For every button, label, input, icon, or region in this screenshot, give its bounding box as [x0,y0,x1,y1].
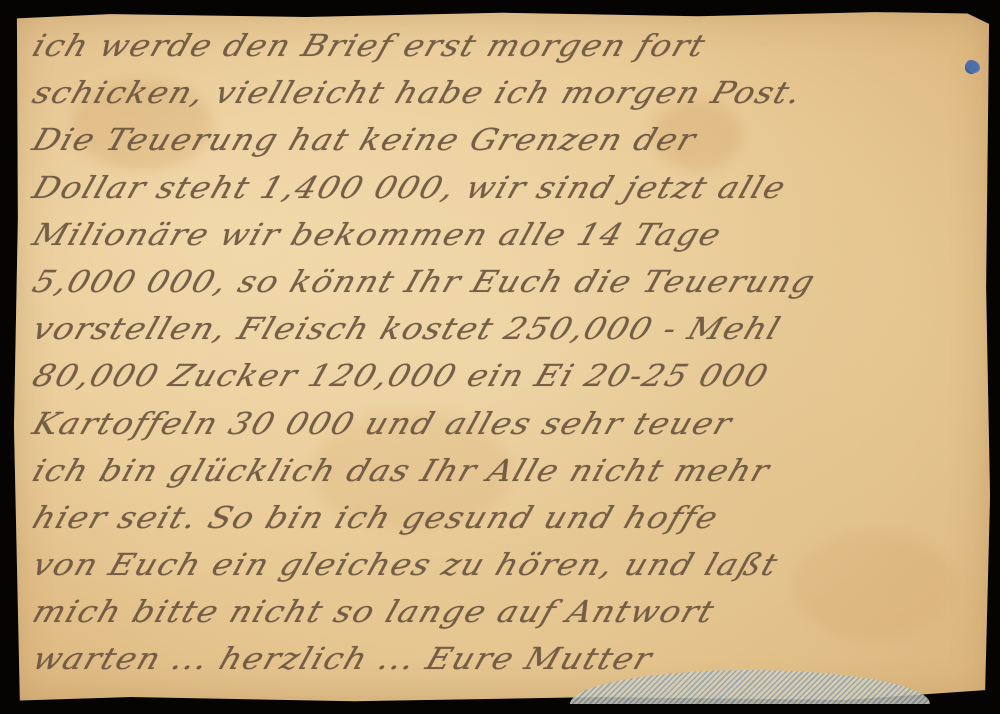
text-line: schicken, vielleicht habe ich morgen Pos… [27,71,991,114]
text-line: mich bitte nicht so lange auf Antwort [27,590,991,633]
text-line: ich bin glücklich das Ihr Alle nicht meh… [27,449,991,492]
text-line: Milionäre wir bekommen alle 14 Tage [27,213,991,256]
text-line: von Euch ein gleiches zu hören, und laßt [27,543,991,586]
text-line: Kartoffeln 30 000 und alles sehr teuer [27,401,991,444]
text-line: 5,000 000, so könnt Ihr Euch die Teuerun… [27,260,991,303]
text-line: Dollar steht 1,400 000, wir sind jetzt a… [27,165,991,208]
text-line: hier seit. So bin ich gesund und hoffe [27,496,991,539]
text-line: warten ... herzlich ... Eure Mutter [27,637,991,680]
scanned-postcard: ich werde den Brief erst morgen fort sch… [0,0,1000,714]
handwritten-text: ich werde den Brief erst morgen fort sch… [34,22,984,683]
text-line: Die Teuerung hat keine Grenzen der [27,118,991,161]
text-line: vorstellen, Fleisch kostet 250,000 - Meh… [27,307,991,350]
text-line: 80,000 Zucker 120,000 ein Ei 20-25 000 [27,354,991,397]
text-line: ich werde den Brief erst morgen fort [27,24,991,67]
